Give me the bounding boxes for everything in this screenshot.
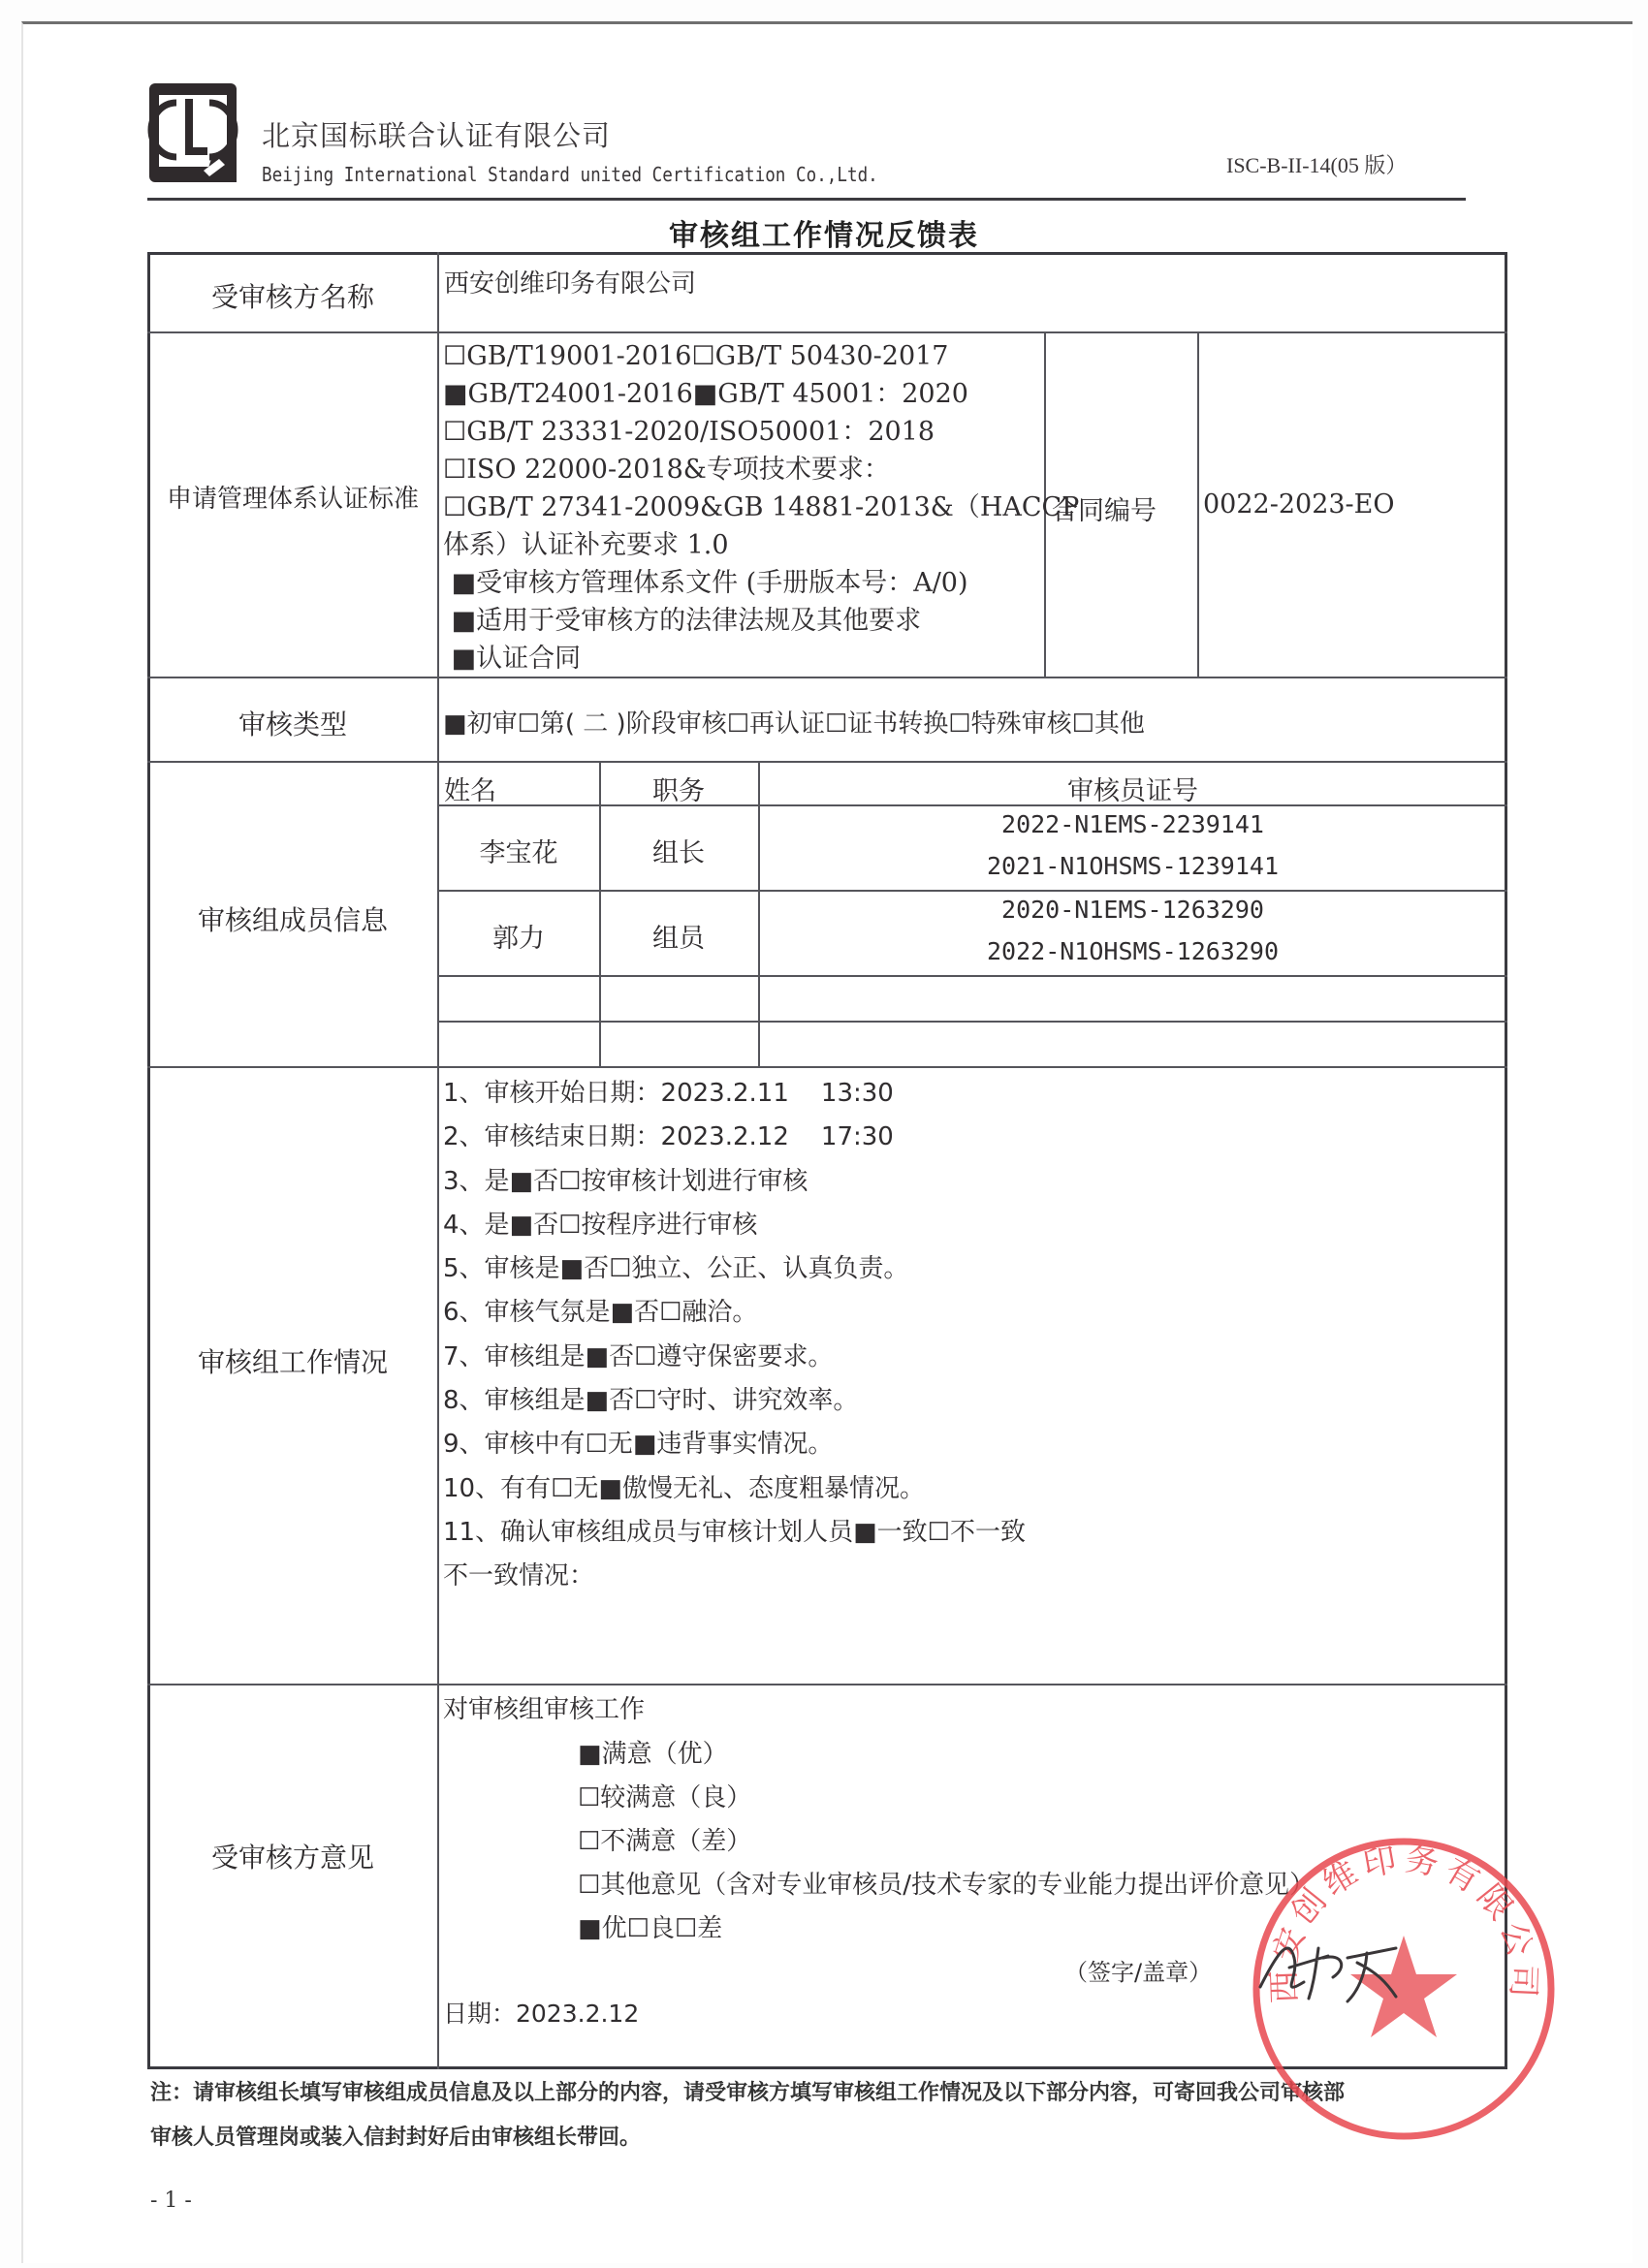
- standard-option[interactable]: ☐GB/T 23331-2020/ISO50001：2018: [443, 413, 1079, 451]
- col-header-role: 职务: [599, 770, 758, 807]
- row-divider: [147, 1066, 1507, 1068]
- header-rule: [147, 198, 1466, 201]
- audit-type-label: 审核类型: [147, 704, 438, 742]
- company-name-cn: 北京国标联合认证有限公司: [262, 114, 611, 154]
- member-cert-id: 2022-N1OHSMS-1263290: [758, 937, 1507, 965]
- standard-option-cont: 体系）认证补充要求 1.0: [443, 526, 1079, 564]
- status-item[interactable]: 6、审核气氛是■否☐融洽。: [443, 1291, 1026, 1335]
- footer-note-line-1: 注：请审核组长填写审核组成员信息及以上部分的内容，请受审核方填写审核组工作情况及…: [150, 2076, 1345, 2106]
- opinion-label: 受审核方意见: [147, 1837, 438, 1875]
- label-column-divider: [437, 252, 439, 2069]
- footer-note-line-2: 审核人员管理岗或装入信封封好后由审核组长带回。: [150, 2121, 641, 2151]
- status-item[interactable]: 7、审核组是■否☐遵守保密要求。: [443, 1336, 1026, 1379]
- satisfied-option[interactable]: ■满意（优）: [578, 1733, 1315, 1777]
- document-code: ISC-B-II-14(05 版）: [1226, 149, 1407, 179]
- opinion-intro: 对审核组审核工作: [443, 1689, 645, 1725]
- document-option[interactable]: ■适用于受审核方的法律法规及其他要求: [443, 602, 1079, 640]
- standard-option[interactable]: ■GB/T24001-2016■GB/T 45001：2020: [443, 375, 1079, 413]
- member-name: 郭力: [438, 917, 599, 955]
- sign-seal-label: （签字/盖章）: [1064, 1953, 1212, 1987]
- work-status-list: 1、审核开始日期：2023.2.11 13:30 2、审核结束日期：2023.2…: [443, 1072, 1026, 1599]
- status-item[interactable]: 5、审核是■否☐独立、公正、认真负责。: [443, 1247, 1026, 1291]
- standards-list: ☐GB/T19001-2016☐GB/T 50430-2017 ■GB/T240…: [443, 337, 1079, 677]
- contract-number-label: 合同编号: [1052, 489, 1157, 527]
- status-item[interactable]: 11、确认审核组成员与审核计划人员■一致☐不一致: [443, 1511, 1026, 1555]
- inconsistency-label: 不一致情况：: [443, 1555, 1026, 1598]
- auditee-name-value: 西安创维印务有限公司: [444, 264, 696, 299]
- form-title: 审核组工作情况反馈表: [0, 211, 1648, 254]
- standard-option[interactable]: ☐GB/T 27341-2009&GB 14881-2013&（HACCP: [443, 488, 1079, 526]
- company-name-en: Beijing International Standard united Ce…: [262, 163, 878, 186]
- row-divider: [147, 761, 1507, 763]
- opinion-options: ■满意（优） ☐较满意（良） ☐不满意（差） ☐其他意见（含对专业审核员/技术专…: [578, 1733, 1315, 1951]
- fairly-satisfied-option[interactable]: ☐较满意（良）: [578, 1777, 1315, 1820]
- document-option[interactable]: ■受审核方管理体系文件 (手册版本号：A/0): [443, 564, 1079, 602]
- status-item[interactable]: 9、审核中有☐无■违背事实情况。: [443, 1423, 1026, 1466]
- status-item[interactable]: 10、有有☐无■傲慢无礼、态度粗暴情况。: [443, 1467, 1026, 1511]
- standard-option[interactable]: ☐GB/T19001-2016☐GB/T 50430-2017: [443, 337, 1079, 375]
- other-opinion-option[interactable]: ☐其他意见（含对专业审核员/技术专家的专业能力提出评价意见）: [578, 1864, 1315, 1907]
- standard-option[interactable]: ☐ISO 22000-2018&专项技术要求：: [443, 451, 1079, 488]
- member-role: 组长: [599, 832, 758, 869]
- col-header-name: 姓名: [444, 770, 496, 807]
- members-label: 审核组成员信息: [147, 899, 438, 938]
- status-item[interactable]: 8、审核组是■否☐守时、讲究效率。: [443, 1379, 1026, 1423]
- unsatisfied-option[interactable]: ☐不满意（差）: [578, 1820, 1315, 1864]
- status-item[interactable]: 4、是■否☐按程序进行审核: [443, 1204, 1026, 1247]
- opinion-date: 日期：2023.2.12: [443, 1995, 639, 2030]
- member-name: 李宝花: [438, 832, 599, 869]
- col-header-cert: 审核员证号: [758, 770, 1507, 807]
- member-role: 组员: [599, 917, 758, 955]
- status-item[interactable]: 3、是■否☐按审核计划进行审核: [443, 1160, 1026, 1204]
- standards-label: 申请管理体系认证标准: [147, 479, 438, 515]
- member-cert-id: 2020-N1EMS-1263290: [758, 896, 1507, 924]
- column-divider: [1197, 331, 1199, 677]
- contract-number-value: 0022-2023-EO: [1203, 489, 1395, 520]
- page-number: - 1 -: [150, 2189, 192, 2213]
- company-logo-icon: [147, 81, 238, 184]
- member-cert-id: 2021-N1OHSMS-1239141: [758, 852, 1507, 880]
- rating-option[interactable]: ■优☐良☐差: [578, 1907, 1315, 1951]
- audit-type-options[interactable]: ■初审☐第( 二 )阶段审核☐再认证☐证书转换☐特殊审核☐其他: [443, 704, 1145, 740]
- audit-end-date: 2、审核结束日期：2023.2.12 17:30: [443, 1116, 1026, 1159]
- row-divider: [147, 1684, 1507, 1685]
- auditee-name-label: 受审核方名称: [147, 276, 438, 315]
- document-option[interactable]: ■认证合同: [443, 640, 1079, 677]
- work-status-label: 审核组工作情况: [147, 1341, 438, 1380]
- member-cert-id: 2022-N1EMS-2239141: [758, 810, 1507, 838]
- row-divider: [147, 331, 1507, 333]
- audit-start-date: 1、审核开始日期：2023.2.11 13:30: [443, 1072, 1026, 1116]
